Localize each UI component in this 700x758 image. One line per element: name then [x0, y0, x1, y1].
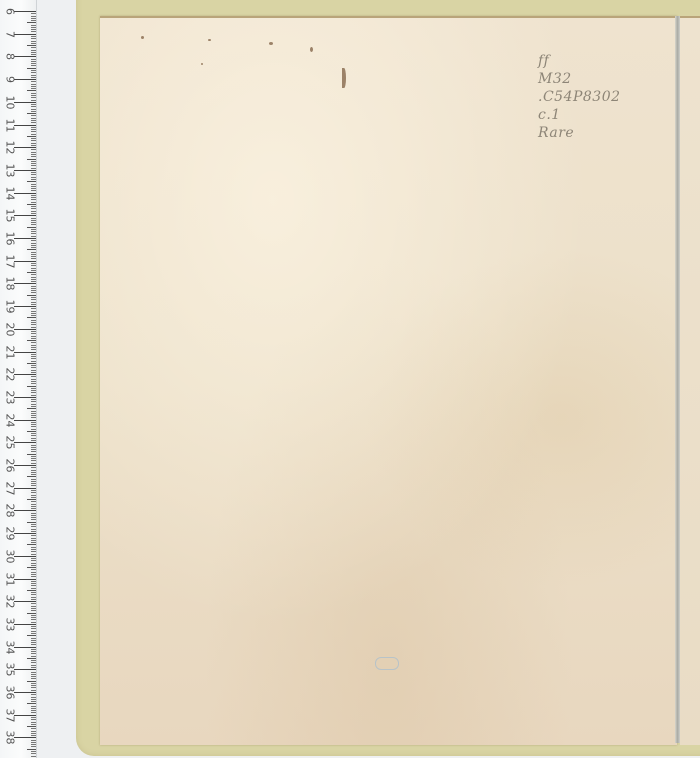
ruler-tick [31, 81, 36, 82]
ruler-tick [27, 431, 36, 432]
ruler-tick [31, 722, 36, 723]
ruler-label: 33 [5, 616, 16, 632]
ruler-tick [31, 358, 36, 359]
ruler-tick [31, 701, 36, 702]
ruler-tick [31, 638, 36, 639]
ruler-tick [31, 118, 36, 119]
ruler-tick [31, 104, 36, 105]
ruler-tick [31, 254, 36, 255]
ruler-tick [31, 445, 36, 446]
ruler-tick [31, 597, 36, 598]
ruler-tick [31, 349, 36, 350]
ruler-tick [31, 115, 36, 116]
ruler-tick [27, 363, 36, 364]
ruler-tick [31, 699, 36, 700]
ruler-tick [14, 329, 36, 330]
ruler-tick [31, 712, 36, 713]
ruler-tick [31, 308, 36, 309]
ruler-tick [31, 111, 36, 112]
ruler-label: 27 [5, 480, 16, 496]
ruler-tick [31, 370, 36, 371]
ruler-tick [31, 710, 36, 711]
ruler-tick [31, 95, 36, 96]
ruler-label: 15 [5, 208, 16, 224]
ruler-tick [31, 206, 36, 207]
ruler-tick [31, 447, 36, 448]
ruler-tick [31, 52, 36, 53]
ruler-tick [31, 127, 36, 128]
ruler-tick [14, 420, 36, 421]
ruler-tick [31, 529, 36, 530]
ruler-label: 32 [5, 594, 16, 610]
ruler-tick [31, 120, 36, 121]
ruler-tick [14, 510, 36, 511]
ruler-tick [31, 184, 36, 185]
ruler-tick [14, 488, 36, 489]
ruler-tick [31, 524, 36, 525]
ruler-tick [31, 86, 36, 87]
ruler-tick [27, 90, 36, 91]
ruler-tick [31, 540, 36, 541]
ruler-tick [31, 746, 36, 747]
ruler-tick [31, 481, 36, 482]
ruler-label: 12 [5, 140, 16, 156]
ruler-label: 24 [5, 412, 16, 428]
ruler-tick [14, 215, 36, 216]
ruler-tick [31, 517, 36, 518]
ruler-tick [31, 649, 36, 650]
ruler-tick [31, 399, 36, 400]
ruler-tick [31, 367, 36, 368]
ruler-tick [31, 292, 36, 293]
ruler-tick [27, 613, 36, 614]
ruler-tick [31, 143, 36, 144]
ruler-tick [31, 140, 36, 141]
ruler-tick [31, 188, 36, 189]
ruler-tick [31, 753, 36, 754]
ruler-tick [31, 97, 36, 98]
ruler-tick [27, 749, 36, 750]
ruler-tick [31, 467, 36, 468]
ruler-tick [31, 131, 36, 132]
ruler-tick [27, 249, 36, 250]
ruler-tick [14, 579, 36, 580]
ruler-tick [31, 213, 36, 214]
ruler-tick [31, 411, 36, 412]
ruler-tick [14, 11, 36, 12]
ruler-tick [27, 454, 36, 455]
ruler-tick [31, 156, 36, 157]
ruler-tick [31, 708, 36, 709]
ruler-tick [31, 456, 36, 457]
ruler-tick [31, 231, 36, 232]
ruler-tick [31, 218, 36, 219]
ruler-tick [31, 100, 36, 101]
ruler-tick [31, 492, 36, 493]
ruler-tick [14, 147, 36, 148]
ruler-tick [31, 252, 36, 253]
ruler-tick [31, 345, 36, 346]
ruler-tick [31, 617, 36, 618]
ruler-tick [31, 401, 36, 402]
ruler-tick [31, 665, 36, 666]
ruler-tick [14, 533, 36, 534]
ruler-tick [31, 331, 36, 332]
ruler-tick [31, 506, 36, 507]
ruler-label: 9 [5, 72, 16, 88]
ruler-tick [31, 547, 36, 548]
ruler-tick [31, 572, 36, 573]
ruler-tick [31, 313, 36, 314]
ruler-tick [31, 424, 36, 425]
ruler-tick [31, 558, 36, 559]
ruler-tick [27, 68, 36, 69]
ruler-label: 38 [5, 730, 16, 746]
ruler-tick [14, 397, 36, 398]
ruler-tick [31, 687, 36, 688]
ruler-tick [31, 660, 36, 661]
ruler-tick [31, 615, 36, 616]
annotation-line: ff [538, 52, 621, 70]
ruler-tick [31, 458, 36, 459]
ruler-label: 16 [5, 231, 16, 247]
ruler-label: 34 [5, 639, 16, 655]
ruler-tick [14, 624, 36, 625]
ruler-tick [31, 149, 36, 150]
ruler-tick [31, 583, 36, 584]
paper-blemish [208, 39, 211, 41]
ruler-tick [31, 674, 36, 675]
ruler-tick [31, 551, 36, 552]
ruler-tick [31, 451, 36, 452]
ruler-tick [27, 272, 36, 273]
ruler-tick [14, 352, 36, 353]
ruler-tick [31, 256, 36, 257]
ruler-tick [31, 592, 36, 593]
ruler-tick [31, 61, 36, 62]
ruler-tick [27, 340, 36, 341]
ruler-tick [31, 574, 36, 575]
ruler-tick [27, 136, 36, 137]
ruler-tick [31, 333, 36, 334]
ruler-tick [31, 240, 36, 241]
ruler-tick [27, 408, 36, 409]
ruler-tick [31, 281, 36, 282]
ruler-tick [31, 70, 36, 71]
ruler-label: 7 [5, 26, 16, 42]
ruler-tick [31, 526, 36, 527]
ruler-tick [31, 54, 36, 55]
ruler-tick [14, 556, 36, 557]
ruler-tick [31, 243, 36, 244]
ruler-tick [31, 190, 36, 191]
ruler-tick [31, 106, 36, 107]
ruler-tick [31, 59, 36, 60]
ruler-tick [31, 179, 36, 180]
ruler-tick [27, 726, 36, 727]
ruler-tick [14, 737, 36, 738]
ruler-tick [31, 719, 36, 720]
ruler-tick [31, 728, 36, 729]
paper-blemish [310, 47, 313, 52]
ruler-tick [31, 633, 36, 634]
ruler-tick [31, 208, 36, 209]
ruler-tick [31, 154, 36, 155]
ruler-tick [31, 560, 36, 561]
ruler-tick [31, 594, 36, 595]
ruler-tick [14, 102, 36, 103]
ruler-tick [31, 376, 36, 377]
ruler-tick [31, 426, 36, 427]
ruler-tick [31, 678, 36, 679]
ruler-tick [31, 220, 36, 221]
ruler-tick [27, 567, 36, 568]
ruler-tick [31, 299, 36, 300]
ruler-tick [31, 751, 36, 752]
ruler-tick [27, 159, 36, 160]
ruler-tick [31, 449, 36, 450]
ruler-tick [31, 365, 36, 366]
ruler-tick [14, 374, 36, 375]
ruler-tick [31, 268, 36, 269]
ruler-tick [31, 13, 36, 14]
ruler-tick [31, 485, 36, 486]
ruler-tick [31, 395, 36, 396]
ruler-tick [31, 109, 36, 110]
ruler-tick [31, 644, 36, 645]
ruler-tick [31, 211, 36, 212]
ruler-tick [31, 381, 36, 382]
ruler-tick [31, 122, 36, 123]
ruler-tick [31, 508, 36, 509]
ruler-tick [14, 261, 36, 262]
ruler-tick [31, 288, 36, 289]
ruler-tick [31, 336, 36, 337]
ruler-tick [31, 202, 36, 203]
ruler-tick [31, 388, 36, 389]
ruler-tick [31, 495, 36, 496]
ruler-tick [31, 199, 36, 200]
ruler-label: 6 [5, 4, 16, 20]
ruler-tick [31, 138, 36, 139]
ruler-tick [31, 435, 36, 436]
ruler-tick [31, 224, 36, 225]
ruler-label: 10 [5, 94, 16, 110]
ruler-label: 17 [5, 253, 16, 269]
ruler-tick [27, 295, 36, 296]
ruler-tick [31, 195, 36, 196]
ruler-tick [31, 274, 36, 275]
ruler-tick [27, 522, 36, 523]
ruler-tick [31, 667, 36, 668]
ruler-label: 18 [5, 276, 16, 292]
ruler-tick [31, 549, 36, 550]
ruler-label: 35 [5, 662, 16, 678]
ruler-tick [31, 65, 36, 66]
ruler-tick [31, 390, 36, 391]
ruler-tick [31, 651, 36, 652]
ruler-tick [31, 93, 36, 94]
ruler-tick [14, 647, 36, 648]
ruler-tick [31, 152, 36, 153]
ruler-tick [31, 662, 36, 663]
ruler-tick [31, 383, 36, 384]
ruler-tick [31, 338, 36, 339]
ruler-label: 23 [5, 389, 16, 405]
ruler-tick [31, 145, 36, 146]
ruler-tick [31, 479, 36, 480]
ruler-tick [31, 50, 36, 51]
ruler-tick [31, 717, 36, 718]
ruler-label: 19 [5, 299, 16, 315]
ruler-tick [31, 472, 36, 473]
ruler-tick [31, 277, 36, 278]
ruler-tick [31, 186, 36, 187]
ruler-tick [31, 433, 36, 434]
ruler-tick [31, 513, 36, 514]
ruler-label: 31 [5, 571, 16, 587]
ruler-tick [27, 499, 36, 500]
ruler-tick [31, 690, 36, 691]
ruler-tick [31, 599, 36, 600]
ruler-tick [27, 113, 36, 114]
ruler-tick [31, 41, 36, 42]
ruler-label: 8 [5, 49, 16, 65]
ruler-tick [31, 622, 36, 623]
ruler-label: 20 [5, 321, 16, 337]
ruler-tick [31, 327, 36, 328]
ruler-tick [31, 304, 36, 305]
ruler-tick [31, 245, 36, 246]
ruler-tick [31, 322, 36, 323]
ruler-tick [31, 490, 36, 491]
paper-blemish [342, 68, 346, 88]
ruler-tick [31, 653, 36, 654]
ruler-tick [31, 440, 36, 441]
ruler-tick [31, 519, 36, 520]
ruler-tick [31, 565, 36, 566]
ruler-tick [31, 320, 36, 321]
ruler-label: 30 [5, 548, 16, 564]
ruler-tick [31, 75, 36, 76]
ruler-tick [31, 422, 36, 423]
ruler-tick [31, 290, 36, 291]
ruler-tick [31, 258, 36, 259]
annotation-line: M32 [538, 70, 621, 88]
ruler-tick [14, 125, 36, 126]
ruler-tick [31, 742, 36, 743]
ruler-tick [14, 238, 36, 239]
ruler-tick [31, 177, 36, 178]
ruler-tick [27, 204, 36, 205]
ruler-tick [31, 88, 36, 89]
ruler-tick [31, 576, 36, 577]
ruler-tick [31, 733, 36, 734]
ruler-tick [31, 43, 36, 44]
ruler-tick [27, 181, 36, 182]
ruler-tick [27, 45, 36, 46]
ruler-tick [31, 302, 36, 303]
ruler-tick [31, 29, 36, 30]
ruler-tick [31, 685, 36, 686]
ruler-tick [14, 306, 36, 307]
ruler-tick [31, 554, 36, 555]
ruler-tick [31, 504, 36, 505]
ruler-tick [31, 694, 36, 695]
ruler-tick [31, 581, 36, 582]
ruler-tick [31, 165, 36, 166]
ruler-tick [31, 628, 36, 629]
ruler-tick [31, 415, 36, 416]
ruler-tick [31, 731, 36, 732]
ruler-tick [31, 608, 36, 609]
ruler-tick [31, 263, 36, 264]
ruler-tick [31, 84, 36, 85]
ruler-tick [31, 497, 36, 498]
ruler-tick [27, 635, 36, 636]
ruler-tick [31, 672, 36, 673]
ruler-tick [31, 724, 36, 725]
paper-blemish [141, 36, 144, 39]
ruler-tick [31, 470, 36, 471]
ruler-tick [31, 233, 36, 234]
ruler-tick [31, 129, 36, 130]
ruler-tick [31, 569, 36, 570]
ruler-tick [31, 324, 36, 325]
ruler-tick [31, 47, 36, 48]
ruler-tick [31, 279, 36, 280]
ruler-tick [31, 174, 36, 175]
ruler-tick [31, 265, 36, 266]
ruler-tick [31, 463, 36, 464]
ruler-tick [27, 227, 36, 228]
ruler-tick [31, 483, 36, 484]
faint-stamp-mark [375, 657, 399, 670]
ruler-label: 37 [5, 707, 16, 723]
ruler-tick [31, 413, 36, 414]
annotation-line: .C54P8302 [538, 88, 621, 106]
ruler-tick [31, 640, 36, 641]
ruler-label: 26 [5, 458, 16, 474]
ruler-tick [31, 361, 36, 362]
ruler-tick [14, 170, 36, 171]
ruler-tick [31, 27, 36, 28]
ruler-tick [14, 715, 36, 716]
measuring-ruler: 6789101112131415161718192021222324252627… [0, 0, 37, 758]
ruler-tick [31, 563, 36, 564]
ruler-tick [31, 236, 36, 237]
ruler-tick [31, 683, 36, 684]
ruler-tick [31, 460, 36, 461]
ruler-tick [31, 354, 36, 355]
ruler-tick [31, 631, 36, 632]
annotation-line: c.1 [538, 106, 621, 124]
ruler-tick [31, 347, 36, 348]
paper-blemish [201, 63, 203, 65]
ruler-tick [31, 744, 36, 745]
ruler-tick [31, 642, 36, 643]
annotation-line: Rare [538, 124, 621, 142]
ruler-tick [27, 317, 36, 318]
ruler-tick [14, 669, 36, 670]
ruler-tick [31, 342, 36, 343]
ruler-tick [31, 16, 36, 17]
ruler-tick [31, 626, 36, 627]
ruler-tick [14, 34, 36, 35]
ruler-tick [31, 610, 36, 611]
ruler-tick [27, 703, 36, 704]
ruler-label: 21 [5, 344, 16, 360]
